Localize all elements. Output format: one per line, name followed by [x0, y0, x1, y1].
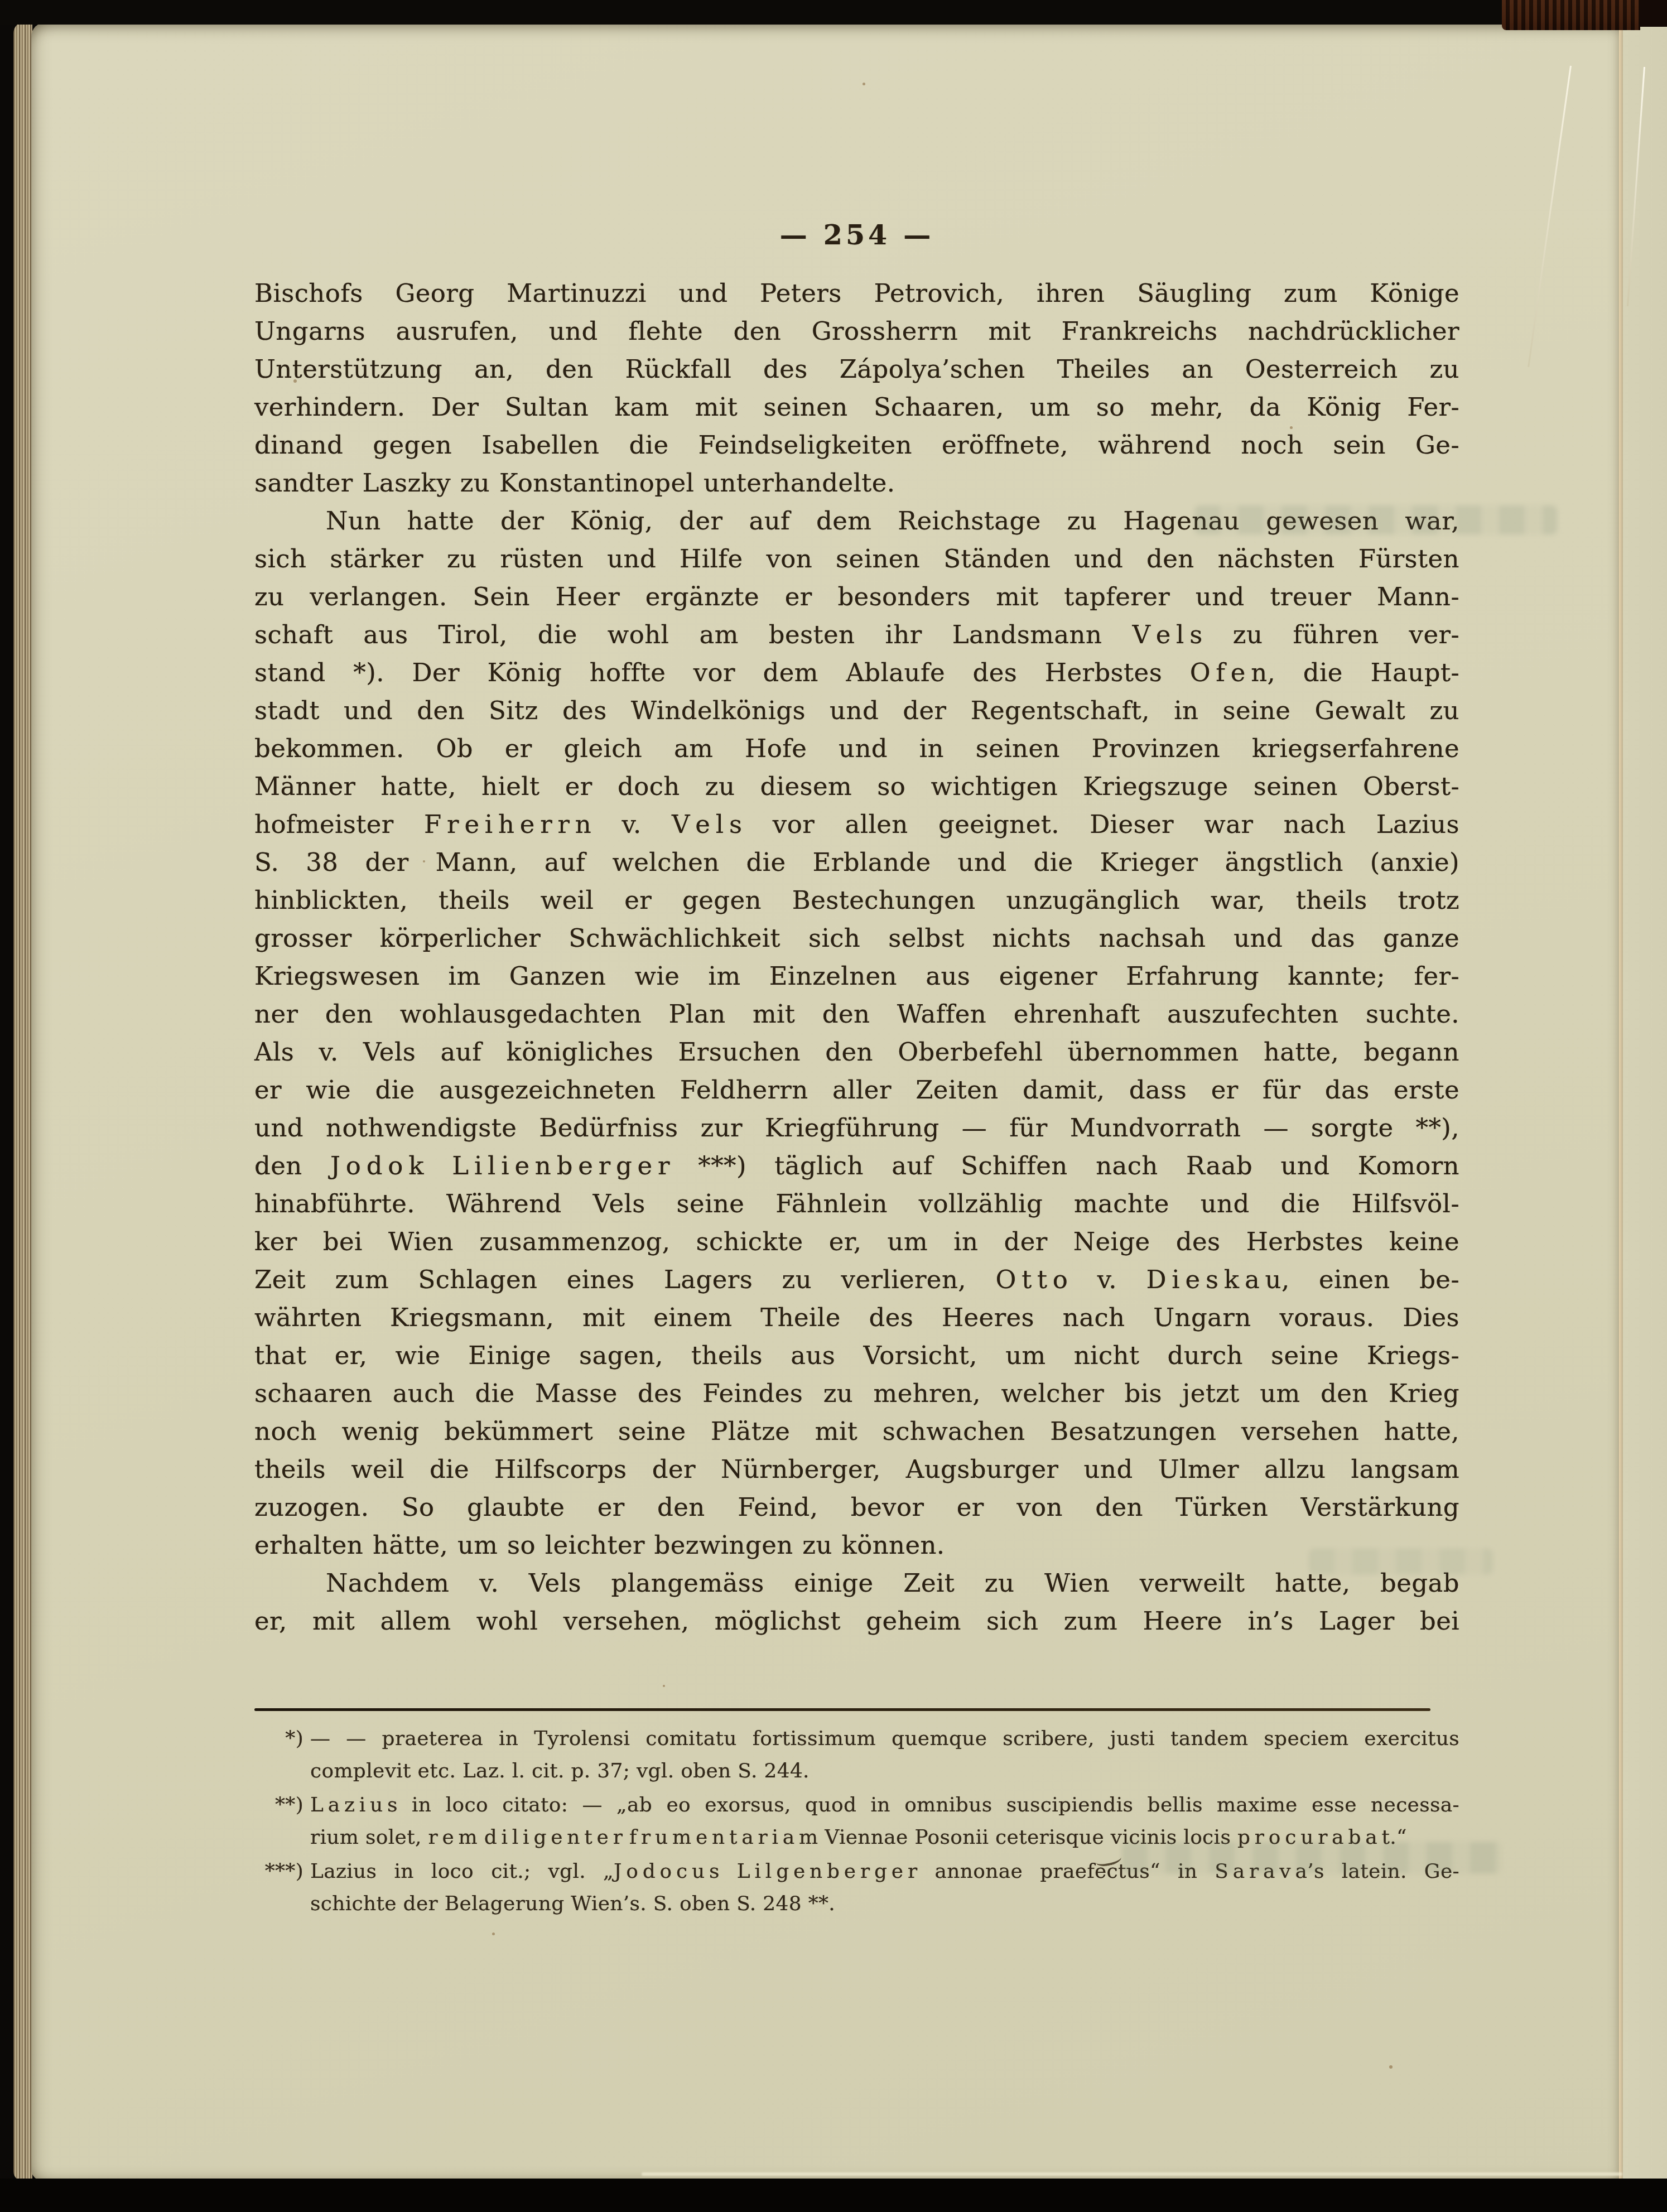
- footnotes: *) — — praeterea in Tyrolensi comitatu f…: [254, 1723, 1459, 1922]
- ink-showthrough: [1309, 1549, 1493, 1574]
- text-line: Männer hatte, hielt er doch zu diesem so…: [254, 768, 1459, 806]
- paper-speck: [1290, 426, 1293, 429]
- scan-border-corner: [1639, 0, 1667, 27]
- binding-cloth-texture: [1502, 0, 1640, 30]
- text-line: Als v. Vels auf königliches Ersuchen den…: [254, 1033, 1459, 1071]
- text-line: Nachdem v. Vels plangemäss einige Zeit z…: [254, 1564, 1459, 1602]
- paper-speck: [663, 1685, 665, 1687]
- text-line: zuzogen. So glaubte er den Feind, bevor …: [254, 1488, 1459, 1526]
- footnote-line: complevit etc. Laz. l. cit. p. 37; vgl. …: [310, 1755, 1459, 1787]
- book-page: — 254 — Bischofs Georg Martinuzzi und Pe…: [31, 22, 1619, 2181]
- text-line: hofmeister F r e i h e r r n v. V e l s …: [254, 806, 1459, 844]
- footnote-marker: *): [248, 1723, 303, 1755]
- paper-crease: [1528, 66, 1572, 367]
- text-line: währten Kriegsmann, mit einem Theile des…: [254, 1299, 1459, 1337]
- text-line: dinand gegen Isabellen die Feindseligkei…: [254, 426, 1459, 464]
- text-line: hinabführte. Während Vels seine Fähnlein…: [254, 1185, 1459, 1223]
- text-line: er, mit allem wohl versehen, möglichst g…: [254, 1602, 1459, 1640]
- text-line: sandter Laszky zu Konstantinopel unterha…: [254, 464, 1459, 502]
- text-line: ner den wohlausgedachten Plan mit den Wa…: [254, 995, 1459, 1033]
- text-line: sich stärker zu rüsten und Hilfe von sei…: [254, 540, 1459, 578]
- paper-speck: [1389, 2065, 1393, 2069]
- footnote-marker: **): [248, 1789, 303, 1821]
- text-line: grosser körperlicher Schwächlichkeit sic…: [254, 919, 1459, 957]
- text-line: theils weil die Hilfscorps der Nürnberge…: [254, 1450, 1459, 1488]
- next-page-surface: [1618, 25, 1667, 2188]
- body-text: Bischofs Georg Martinuzzi und Peters Pet…: [254, 274, 1459, 1640]
- footnote: *) — — praeterea in Tyrolensi comitatu f…: [254, 1723, 1459, 1787]
- footnote-marker: ***): [248, 1856, 303, 1888]
- scan-border-top: [0, 0, 1667, 25]
- text-line: Bischofs Georg Martinuzzi und Peters Pet…: [254, 274, 1459, 312]
- text-line: Ungarns ausrufen, und flehte den Grosshe…: [254, 312, 1459, 350]
- spine-page-edges: [13, 21, 32, 2181]
- footnote-line: schichte der Belagerung Wien’s. S. oben …: [310, 1888, 1459, 1920]
- text-line: stadt und den Sitz des Windelkönigs und …: [254, 692, 1459, 730]
- paper-speck: [423, 860, 425, 862]
- ink-showthrough: [1194, 505, 1557, 534]
- paper-speck: [863, 83, 865, 85]
- scan-border-bottom: [0, 2179, 1667, 2212]
- text-line: that er, wie Einige sagen, theils aus Vo…: [254, 1337, 1459, 1375]
- paragraph: Nachdem v. Vels plangemäss einige Zeit z…: [254, 1564, 1459, 1640]
- text-line: ker bei Wien zusammenzog, schickte er, u…: [254, 1223, 1459, 1261]
- text-line: S. 38 der Mann, auf welchen die Erblande…: [254, 844, 1459, 881]
- text-line: stand *). Der König hoffte vor dem Ablau…: [254, 654, 1459, 692]
- paper-speck: [492, 1933, 495, 1935]
- text-line: hinblickten, theils weil er gegen Bestec…: [254, 881, 1459, 919]
- footnote-line: — — praeterea in Tyrolensi comitatu fort…: [310, 1723, 1459, 1755]
- text-line: schaft aus Tirol, die wohl am besten ihr…: [254, 616, 1459, 654]
- page-number: — 254 —: [254, 219, 1459, 251]
- text-line: verhindern. Der Sultan kam mit seinen Sc…: [254, 388, 1459, 426]
- footnote-line: L a z i u s in loco citato: — „ab eo exo…: [310, 1789, 1459, 1821]
- text-line: den J o d o k L i l i e n b e r g e r **…: [254, 1147, 1459, 1185]
- text-line: Kriegswesen im Ganzen wie im Einzelnen a…: [254, 957, 1459, 995]
- paragraph: Bischofs Georg Martinuzzi und Peters Pet…: [254, 274, 1459, 502]
- footnote-separator: [254, 1708, 1430, 1711]
- paper-speck: [293, 379, 297, 383]
- text-line: erhalten hätte, um so leichter bezwingen…: [254, 1526, 1459, 1564]
- paper-speck: [1438, 1245, 1442, 1248]
- paragraph: Nun hatte der König, der auf dem Reichst…: [254, 502, 1459, 1564]
- text-line: schaaren auch die Masse des Feindes zu m…: [254, 1375, 1459, 1413]
- text-line: Unterstützung an, den Rückfall des Zápol…: [254, 350, 1459, 388]
- text-line: bekommen. Ob er gleich am Hofe und in se…: [254, 730, 1459, 768]
- ink-showthrough: [1122, 1842, 1501, 1873]
- text-line: und nothwendigste Bedürfniss zur Kriegfü…: [254, 1109, 1459, 1147]
- book-scan: — 254 — Bischofs Georg Martinuzzi und Pe…: [0, 0, 1667, 2212]
- text-line: Zeit zum Schlagen eines Lagers zu verlie…: [254, 1261, 1459, 1299]
- text-line: noch wenig bekümmert seine Plätze mit sc…: [254, 1413, 1459, 1450]
- page-bottom-edge-highlight: [642, 2172, 1622, 2176]
- text-line: er wie die ausgezeichneten Feldherrn all…: [254, 1071, 1459, 1109]
- text-line: zu verlangen. Sein Heer ergänzte er beso…: [254, 578, 1459, 616]
